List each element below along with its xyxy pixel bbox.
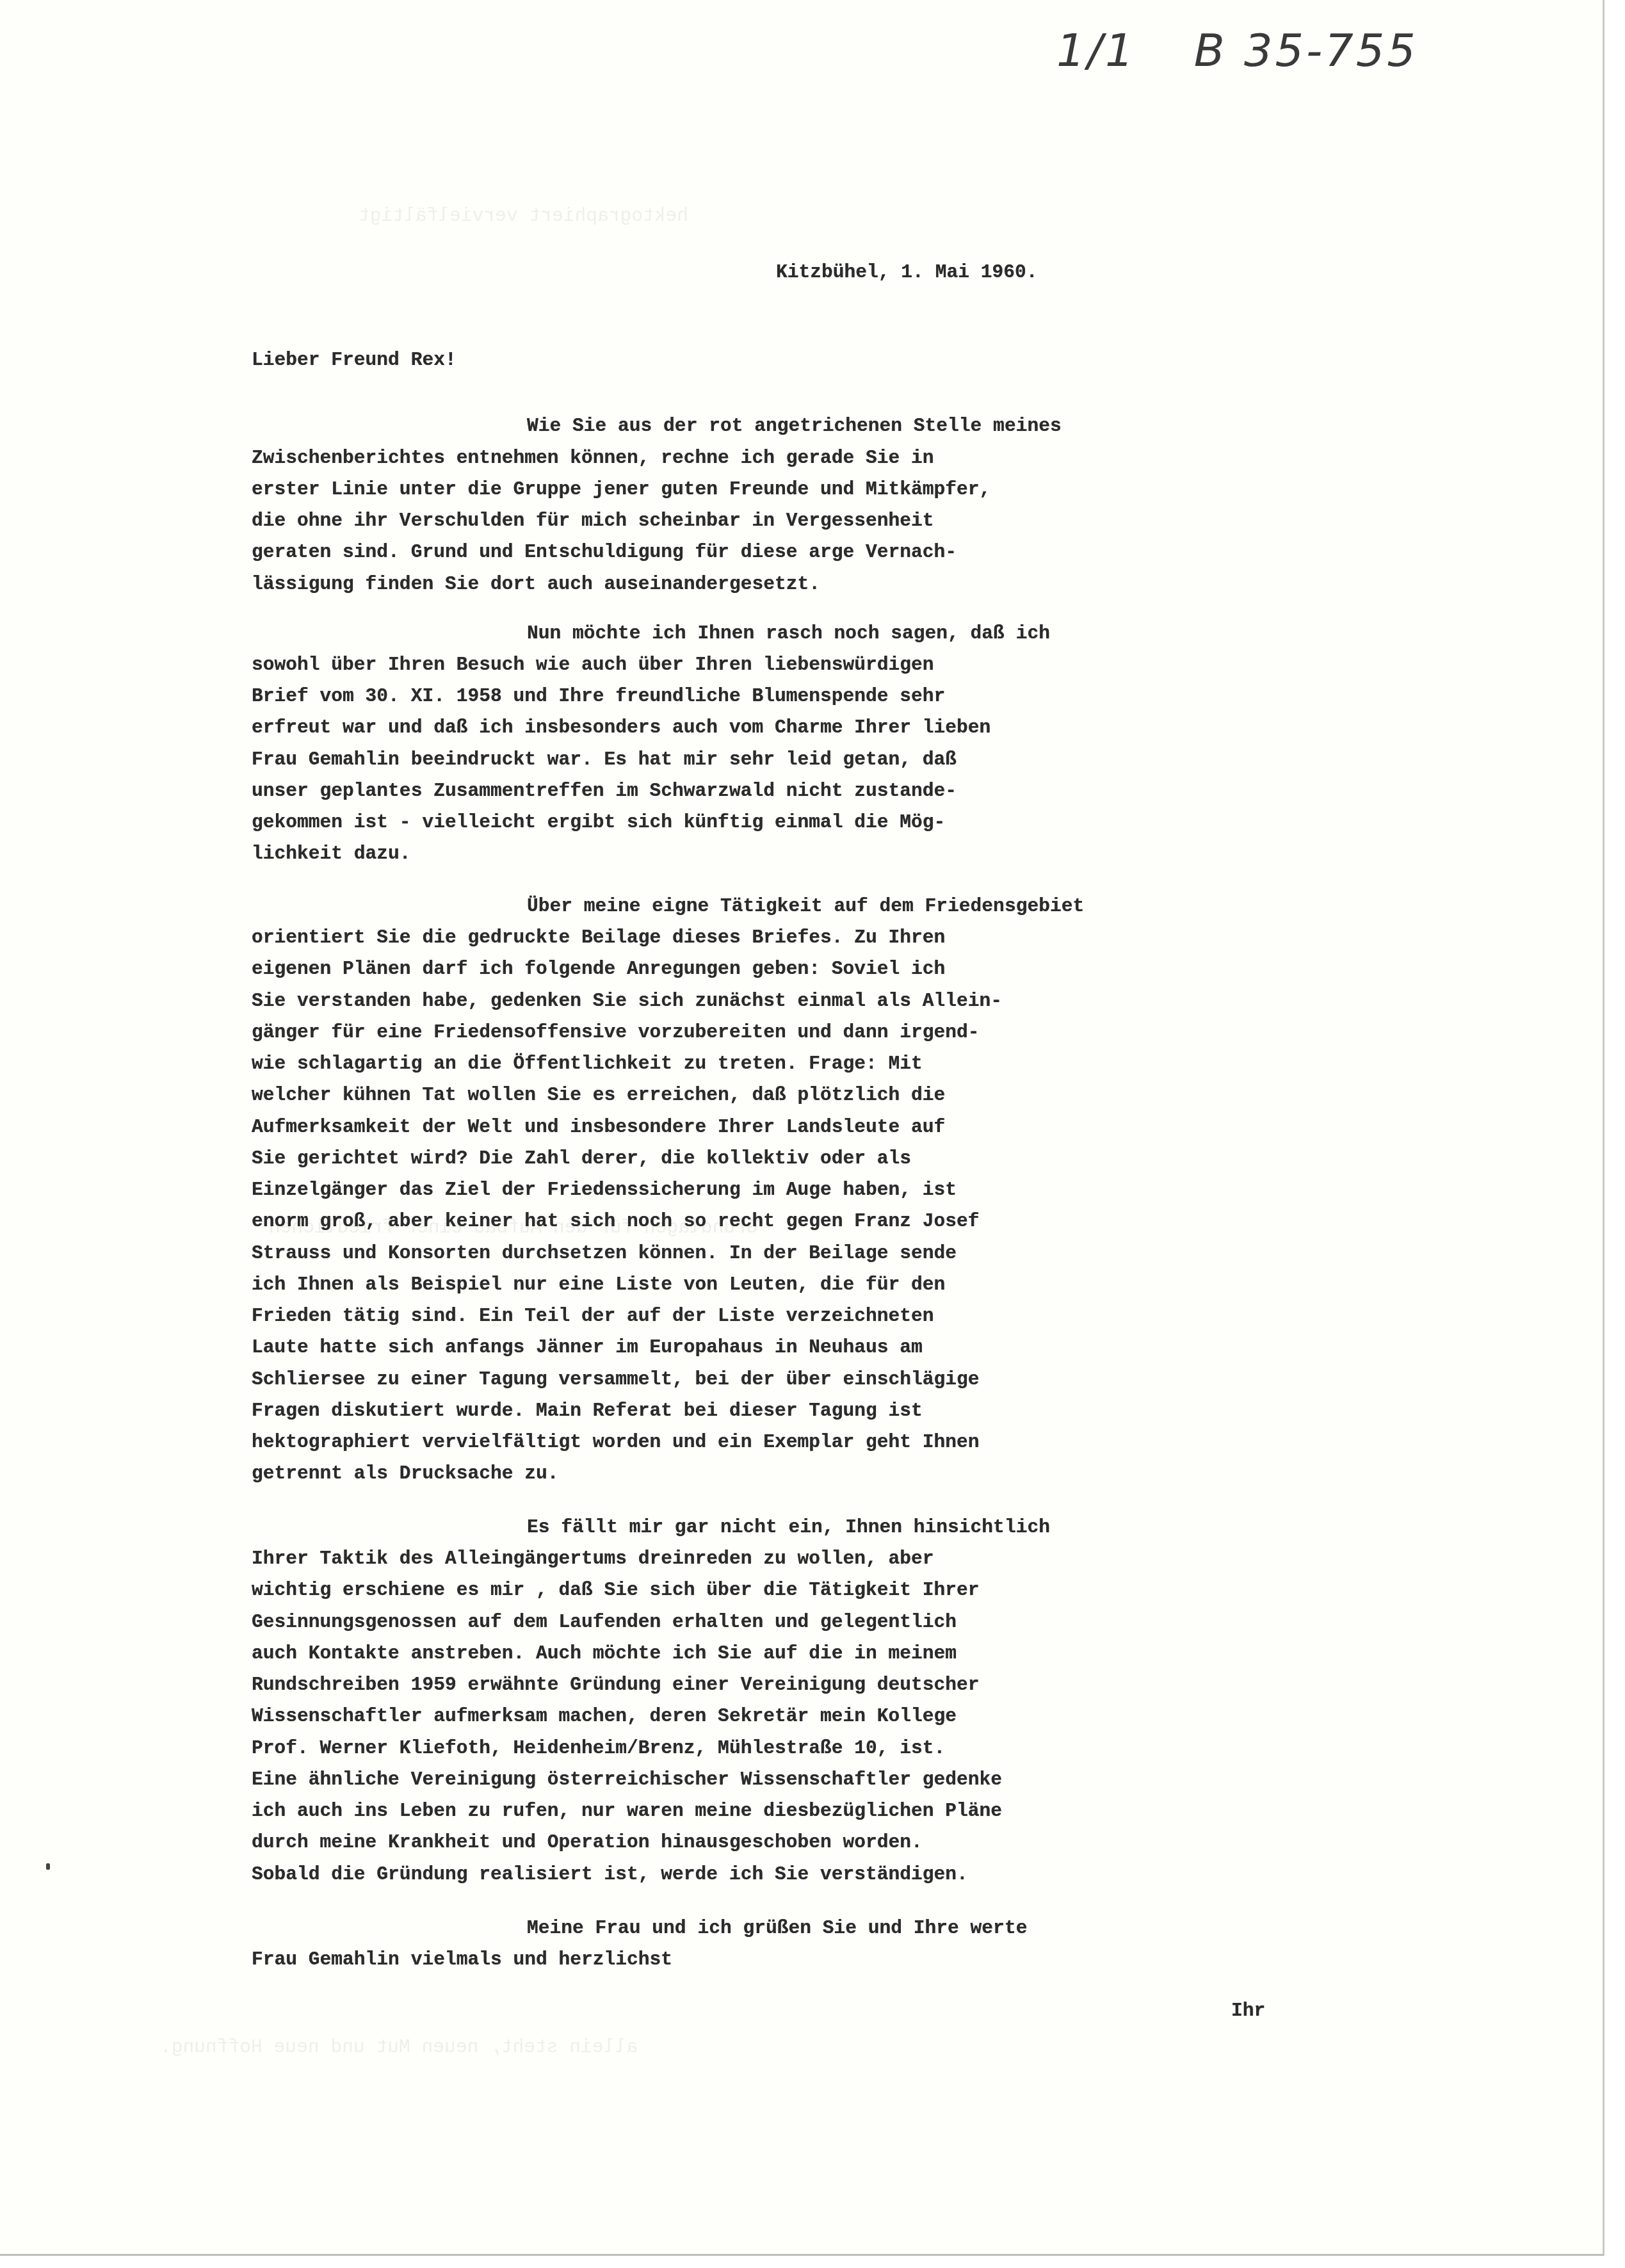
letter-line: orientiert Sie die gedruckte Beilage die…	[252, 927, 945, 948]
letter-line: Gesinnungsgenossen auf dem Laufenden erh…	[252, 1611, 957, 1633]
letter-line: Rundschreiben 1959 erwähnte Gründung ein…	[252, 1674, 980, 1696]
letter-line: enorm groß, aber keiner hat sich noch so…	[252, 1210, 980, 1232]
letter-line: Nun möchte ich Ihnen rasch noch sagen, d…	[527, 622, 1050, 644]
page-marker: 1/1	[1056, 24, 1136, 77]
letter-line: geraten sind. Grund und Entschuldigung f…	[252, 541, 957, 563]
letter-line: Brief vom 30. XI. 1958 und Ihre freundli…	[252, 685, 945, 707]
letter-line: Wissenschaftler aufmerksam machen, deren…	[252, 1705, 957, 1727]
salutation: Lieber Freund Rex!	[252, 349, 457, 371]
letter-line: Aufmerksamkeit der Welt und insbesondere…	[252, 1116, 945, 1138]
letter-line: Strauss und Konsorten durchsetzen können…	[252, 1242, 957, 1264]
show-through-text: hektographiert vervielfältigt	[359, 205, 688, 227]
letter-line: gekommen ist - vielleicht ergibt sich kü…	[252, 811, 945, 833]
date-line: Kitzbühel, 1. Mai 1960.	[776, 261, 1037, 283]
letter-line: welcher kühnen Tat wollen Sie es erreich…	[252, 1084, 945, 1106]
letter-line: ich Ihnen als Beispiel nur eine Liste vo…	[252, 1274, 945, 1295]
letter-line: sowohl über Ihren Besuch wie auch über I…	[252, 654, 934, 676]
stray-ink-mark	[46, 1863, 50, 1870]
show-through-text: allein steht, neuen Mut und neue Hoffnun…	[160, 2036, 638, 2058]
closing: Ihr	[1231, 2000, 1265, 2021]
letter-line: Schliersee zu einer Tagung versammelt, b…	[252, 1368, 980, 1390]
letter-page: 1/1B 35-755 hektographiert vervielfältig…	[0, 0, 1605, 2256]
letter-line: Eine ähnliche Vereinigung österreichisch…	[252, 1769, 1002, 1790]
letter-line: unser geplantes Zusammentreffen im Schwa…	[252, 780, 957, 802]
letter-line: Prof. Werner Kliefoth, Heidenheim/Brenz,…	[252, 1737, 945, 1759]
letter-line: Sie verstanden habe, gedenken Sie sich z…	[252, 990, 1002, 1012]
archive-reference: B 35-755	[1194, 24, 1418, 77]
letter-line: wichtig erschiene es mir , daß Sie sich …	[252, 1579, 980, 1601]
letter-line: die ohne ihr Verschulden für mich schein…	[252, 510, 934, 531]
letter-line: Sie gerichtet wird? Die Zahl derer, die …	[252, 1147, 911, 1169]
letter-line: Einzelgänger das Ziel der Friedenssicher…	[252, 1179, 957, 1201]
letter-line: Ihrer Taktik des Alleingängertums dreinr…	[252, 1548, 934, 1569]
letter-line: lässigung finden Sie dort auch auseinand…	[252, 573, 820, 595]
letter-line: Es fällt mir gar nicht ein, Ihnen hinsic…	[527, 1516, 1050, 1538]
letter-line: Sobald die Gründung realisiert ist, werd…	[252, 1863, 968, 1885]
letter-line: Frau Gemahlin beeindruckt war. Es hat mi…	[252, 749, 957, 770]
letter-line: hektographiert vervielfältigt worden und…	[252, 1431, 980, 1453]
letter-line: Laute hatte sich anfangs Jänner im Europ…	[252, 1336, 923, 1358]
letter-line: durch meine Krankheit und Operation hina…	[252, 1831, 923, 1853]
letter-line: Frau Gemahlin vielmals und herzlichst	[252, 1948, 672, 1970]
letter-line: Über meine eigne Tätigkeit auf dem Fried…	[527, 895, 1084, 917]
letter-line: ich auch ins Leben zu rufen, nur waren m…	[252, 1800, 1002, 1822]
letter-line: Frieden tätig sind. Ein Teil der auf der…	[252, 1305, 934, 1327]
letter-line: Zwischenberichtes entnehmen können, rech…	[252, 447, 934, 469]
letter-line: auch Kontakte anstreben. Auch möchte ich…	[252, 1642, 957, 1664]
letter-line: erfreut war und daß ich insbesonders auc…	[252, 717, 990, 738]
letter-line: Meine Frau und ich grüßen Sie und Ihre w…	[527, 1917, 1027, 1939]
archive-annotation: 1/1B 35-755	[1056, 24, 1476, 77]
letter-line: lichkeit dazu.	[252, 843, 411, 864]
letter-line: Wie Sie aus der rot angetrichenen Stelle…	[527, 415, 1062, 437]
letter-line: Fragen diskutiert wurde. Main Referat be…	[252, 1400, 923, 1422]
letter-line: getrennt als Drucksache zu.	[252, 1462, 559, 1484]
letter-line: eigenen Plänen darf ich folgende Anregun…	[252, 958, 945, 980]
letter-line: gänger für eine Friedensoffensive vorzub…	[252, 1021, 980, 1043]
letter-line: wie schlagartig an die Öffentlichkeit zu…	[252, 1053, 923, 1074]
letter-line: erster Linie unter die Gruppe jener gute…	[252, 478, 990, 500]
